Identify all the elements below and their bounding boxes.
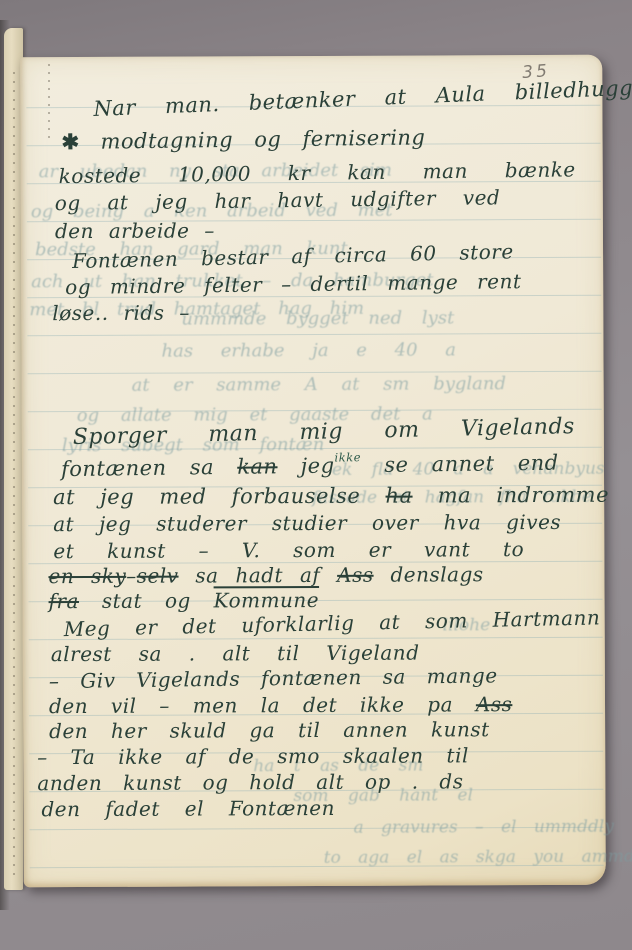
handwritten-text: anden kunst og hold alt op . ds: [37, 769, 463, 795]
perforation-dot: [13, 612, 15, 614]
perforation-dot: [48, 136, 50, 138]
handwritten-line: at jeg med forbauselse ha ma indromme: [53, 483, 609, 509]
perforation-dot: [13, 567, 15, 569]
perforation-dot: [13, 396, 15, 398]
perforation-dot: [13, 216, 15, 218]
perforation-dot: [13, 558, 15, 560]
perforation-dot: [13, 243, 15, 245]
perforation-dot: [13, 738, 15, 740]
handwritten-line: alrest sa . alt til Vigeland: [51, 641, 420, 667]
perforation-dot: [13, 441, 15, 443]
ruled-line: [27, 333, 601, 337]
perforation-dot: [13, 747, 15, 749]
handwritten-text: ✱: [61, 129, 100, 155]
perforation-dot: [48, 64, 50, 66]
struck-word: ha: [385, 484, 412, 508]
bleedthrough-text-layer: ar ubedan ny sta arbeidet simog being a …: [20, 55, 602, 58]
perforation-dot: [13, 720, 15, 722]
handwritten-text: fontænen sa: [61, 455, 238, 481]
perforation-dot: [13, 576, 15, 578]
struck-word: Ass: [476, 692, 513, 716]
perforation-dot: [13, 801, 15, 803]
notebook-page: ar ubedan ny sta arbeidet simog being a …: [20, 55, 606, 888]
perforation-dot: [13, 549, 15, 551]
perforation-dot: [13, 225, 15, 227]
perforation-dot: [13, 684, 15, 686]
perforation-dot: [13, 99, 15, 101]
perforation-dot: [13, 702, 15, 704]
perforation-dot: [13, 126, 15, 128]
perforation-dot: [13, 351, 15, 353]
perforation-dot: [13, 585, 15, 587]
handwritten-line: den fadet el Fontænen: [41, 796, 335, 821]
handwritten-text: løse.. rids –: [52, 301, 190, 326]
perforation-dot: [13, 792, 15, 794]
handwritten-text: at jeg med forbauselse: [53, 484, 386, 509]
perforation-dot: [13, 252, 15, 254]
perforation-dot: [48, 96, 50, 98]
perforation-dot: [13, 405, 15, 407]
perforation-dot: [13, 486, 15, 488]
struck-word: selv: [137, 564, 179, 588]
perforation-dot: [48, 104, 50, 106]
perforation-dot: [13, 504, 15, 506]
handwritten-line: den arbeide –: [55, 218, 215, 243]
perforation-dot: [13, 234, 15, 236]
struck-word: fra: [49, 589, 79, 613]
perforation-dot: [13, 414, 15, 416]
perforation-dot: [13, 288, 15, 290]
perforation-dot: [13, 756, 15, 758]
handwritten-text: – Giv Vigelands fontænen sa mange: [49, 663, 498, 693]
perforation-dot: [13, 765, 15, 767]
ghost-line: to aga el as skga you ammdsbyge: [324, 846, 632, 868]
perforation-dot: [13, 531, 15, 533]
perforation-dot: [13, 306, 15, 308]
perforation-dot: [13, 540, 15, 542]
perforation-dot: [13, 369, 15, 371]
perforation-dot: [13, 108, 15, 110]
perforation-dot: [13, 360, 15, 362]
perforation-dot: [13, 261, 15, 263]
perforation-dot: [13, 459, 15, 461]
perforation-dot: [13, 450, 15, 452]
handwritten-text: den her skuld ga til annen kunst: [49, 717, 490, 743]
ghost-line: has erhabe ja e 40 a: [161, 339, 456, 361]
handwritten-text: den vil – men la det ikke pa: [49, 692, 476, 718]
perforation-dot: [48, 112, 50, 114]
perforation-dot: [13, 666, 15, 668]
perforation-dot: [13, 423, 15, 425]
perforation-dot: [13, 495, 15, 497]
perforation-dot: [13, 279, 15, 281]
perforation-dot: [13, 603, 15, 605]
perforation-dot: [13, 189, 15, 191]
handwritten-line: anden kunst og hold alt op . ds: [37, 769, 463, 795]
ghost-line: ummmde bygget ned lyst: [181, 307, 454, 329]
perforation-dot: [13, 873, 15, 875]
perforation-dot: [48, 120, 50, 122]
perforation-dot: [13, 594, 15, 596]
perforation-dot: [13, 855, 15, 857]
perforation-dot: [13, 477, 15, 479]
perforation-dot: [13, 72, 15, 74]
handwritten-text: alrest sa . alt til Vigeland: [51, 641, 420, 667]
perforation-dot: [13, 837, 15, 839]
handwritten-text: et kunst – V. som er vant to: [53, 537, 524, 563]
perforation-dot: [13, 270, 15, 272]
handwritten-text: at jeg studerer studier over hva gives: [53, 510, 561, 536]
handwritten-text: –: [126, 564, 137, 588]
perforation-dot: [13, 711, 15, 713]
perforation-dot: [13, 162, 15, 164]
ghost-line: at er samme A at sm bygland: [132, 373, 506, 396]
perforation-dot: [13, 81, 15, 83]
handwritten-text: Nar man. betænker at Aula billedhuggerne…: [93, 73, 632, 121]
ghost-line: a gravures – el ummddly: [354, 817, 614, 838]
handwritten-line: den her skuld ga til annen kunst: [49, 717, 490, 743]
handwritten-line: et kunst – V. som er vant to: [53, 537, 524, 563]
perforation-dot: [13, 315, 15, 317]
handwriting-layer: Nar man. betænker at Aula billedhuggerne…: [20, 55, 602, 58]
perforation-dot: [13, 513, 15, 515]
handwritten-text: modtagning og fernisering: [100, 125, 425, 153]
perforation-dot: [13, 135, 15, 137]
handwritten-text: – Ta ikke af de smo skaalen til: [37, 743, 469, 769]
perforation-dot: [13, 117, 15, 119]
handwritten-line: at jeg studerer studier over hva gives: [53, 510, 561, 536]
handwritten-line: – Giv Vigelands fontænen sa mange: [49, 663, 498, 693]
scanned-notebook-photo: ar ubedan ny sta arbeidet simog being a …: [0, 0, 632, 950]
perforation-dot: [13, 675, 15, 677]
struck-word: en sky: [48, 564, 126, 588]
perforation-dot: [48, 128, 50, 130]
perforation-dot: [13, 630, 15, 632]
perforation-dot: [13, 198, 15, 200]
perforation-dot: [13, 90, 15, 92]
handwritten-line: den vil – men la det ikke pa Ass: [49, 692, 512, 718]
perforation-dot: [13, 522, 15, 524]
handwritten-line: og at jeg har havt udgifter ved: [55, 185, 501, 215]
inserted-word: ikke: [334, 450, 361, 464]
handwritten-line: fra stat og Kommune: [49, 588, 320, 613]
handwritten-text: Kommune: [214, 588, 320, 612]
page-number: 35: [522, 61, 551, 83]
perforation-dot: [13, 657, 15, 659]
handwritten-text: og at jeg har havt udgifter ved: [55, 185, 501, 215]
handwritten-text: denslags: [374, 562, 484, 586]
perforation-dot: [13, 297, 15, 299]
perforation-dot: [13, 153, 15, 155]
perforation-dot: [48, 72, 50, 74]
perforation-dot: [13, 207, 15, 209]
handwritten-line: løse.. rids –: [52, 301, 190, 326]
perforation-dot: [13, 324, 15, 326]
struck-word: kan: [237, 454, 278, 479]
handwritten-text: stat og: [79, 588, 214, 613]
perforation-dot: [13, 432, 15, 434]
perforation-dot: [13, 333, 15, 335]
handwritten-text: den arbeide –: [55, 218, 215, 243]
handwritten-line: Nar man. betænker at Aula billedhuggerne…: [93, 73, 632, 121]
struck-word: Ass: [337, 563, 374, 587]
perforation-dot: [13, 648, 15, 650]
perforation-dot: [13, 468, 15, 470]
handwritten-text: jeg: [277, 454, 334, 479]
perforation-dot: [13, 144, 15, 146]
handwritten-text: se annet end: [361, 451, 559, 478]
perforation-dot: [13, 819, 15, 821]
perforation-dot: [48, 88, 50, 90]
perforation-dot: [13, 810, 15, 812]
perforation-dot: [13, 864, 15, 866]
perforation-dot: [13, 342, 15, 344]
perforation-dot: [13, 774, 15, 776]
perforation-dot: [13, 639, 15, 641]
handwritten-text: den fadet el Fontænen: [41, 796, 335, 821]
handwritten-line: ✱ modtagning og fernisering: [61, 124, 425, 154]
perforation-dot: [13, 180, 15, 182]
handwritten-text: sa hadt af: [178, 563, 337, 588]
perforation-dot: [13, 846, 15, 848]
perforation-dot: [13, 171, 15, 173]
perforation-dot: [13, 387, 15, 389]
perforation-dot: [13, 783, 15, 785]
perforation-dot: [13, 378, 15, 380]
handwritten-line: en sky–selv sa hadt af Ass denslags: [48, 562, 483, 588]
handwritten-line: – Ta ikke af de smo skaalen til: [37, 743, 469, 769]
handwritten-text: ma indromme: [413, 483, 610, 508]
perforation-dot: [48, 80, 50, 82]
perforation-dot: [13, 693, 15, 695]
perforation-dot: [13, 828, 15, 830]
perforation-dot: [13, 621, 15, 623]
ruled-lines-layer: [20, 55, 602, 58]
perforation-dot: [13, 729, 15, 731]
